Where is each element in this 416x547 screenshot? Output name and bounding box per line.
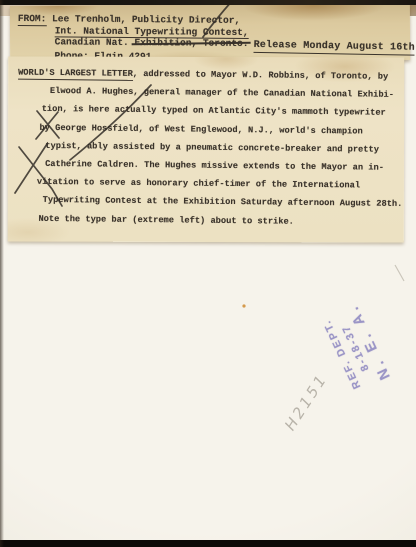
scan-edge-left	[0, 0, 4, 547]
press-photo-back: FROM: Lee Trenholm, Publicity Director, …	[0, 0, 416, 547]
reference-dept-stamp: REF. DEPT. 8-18-37 N. E. A.	[311, 285, 402, 411]
handwritten-number: H2151	[281, 370, 331, 434]
body-caption-slip: WORLD'S LARGEST LETTER, addressed to May…	[8, 56, 404, 242]
rust-speck	[242, 304, 245, 307]
contact-name: Lee Trenholm, Publicity Director,	[52, 13, 240, 26]
scan-edge-top	[0, 0, 416, 5]
scan-edge-bottom	[0, 540, 416, 547]
caption-title: WORLD'S LARGEST LETTER	[18, 68, 133, 81]
header-caption-slip: FROM: Lee Trenholm, Publicity Director, …	[10, 4, 410, 62]
faint-pen-tick	[395, 265, 404, 281]
org-name: Canadian Nat.	[55, 37, 135, 49]
body-text-block: WORLD'S LARGEST LETTER, addressed to May…	[8, 63, 404, 231]
from-label: FROM:	[18, 13, 47, 26]
struck-text: Exhibition, Toronto.	[134, 37, 248, 49]
caption-title-rest: , addressed to Mayor W.D. Robbins, of To…	[133, 69, 389, 82]
